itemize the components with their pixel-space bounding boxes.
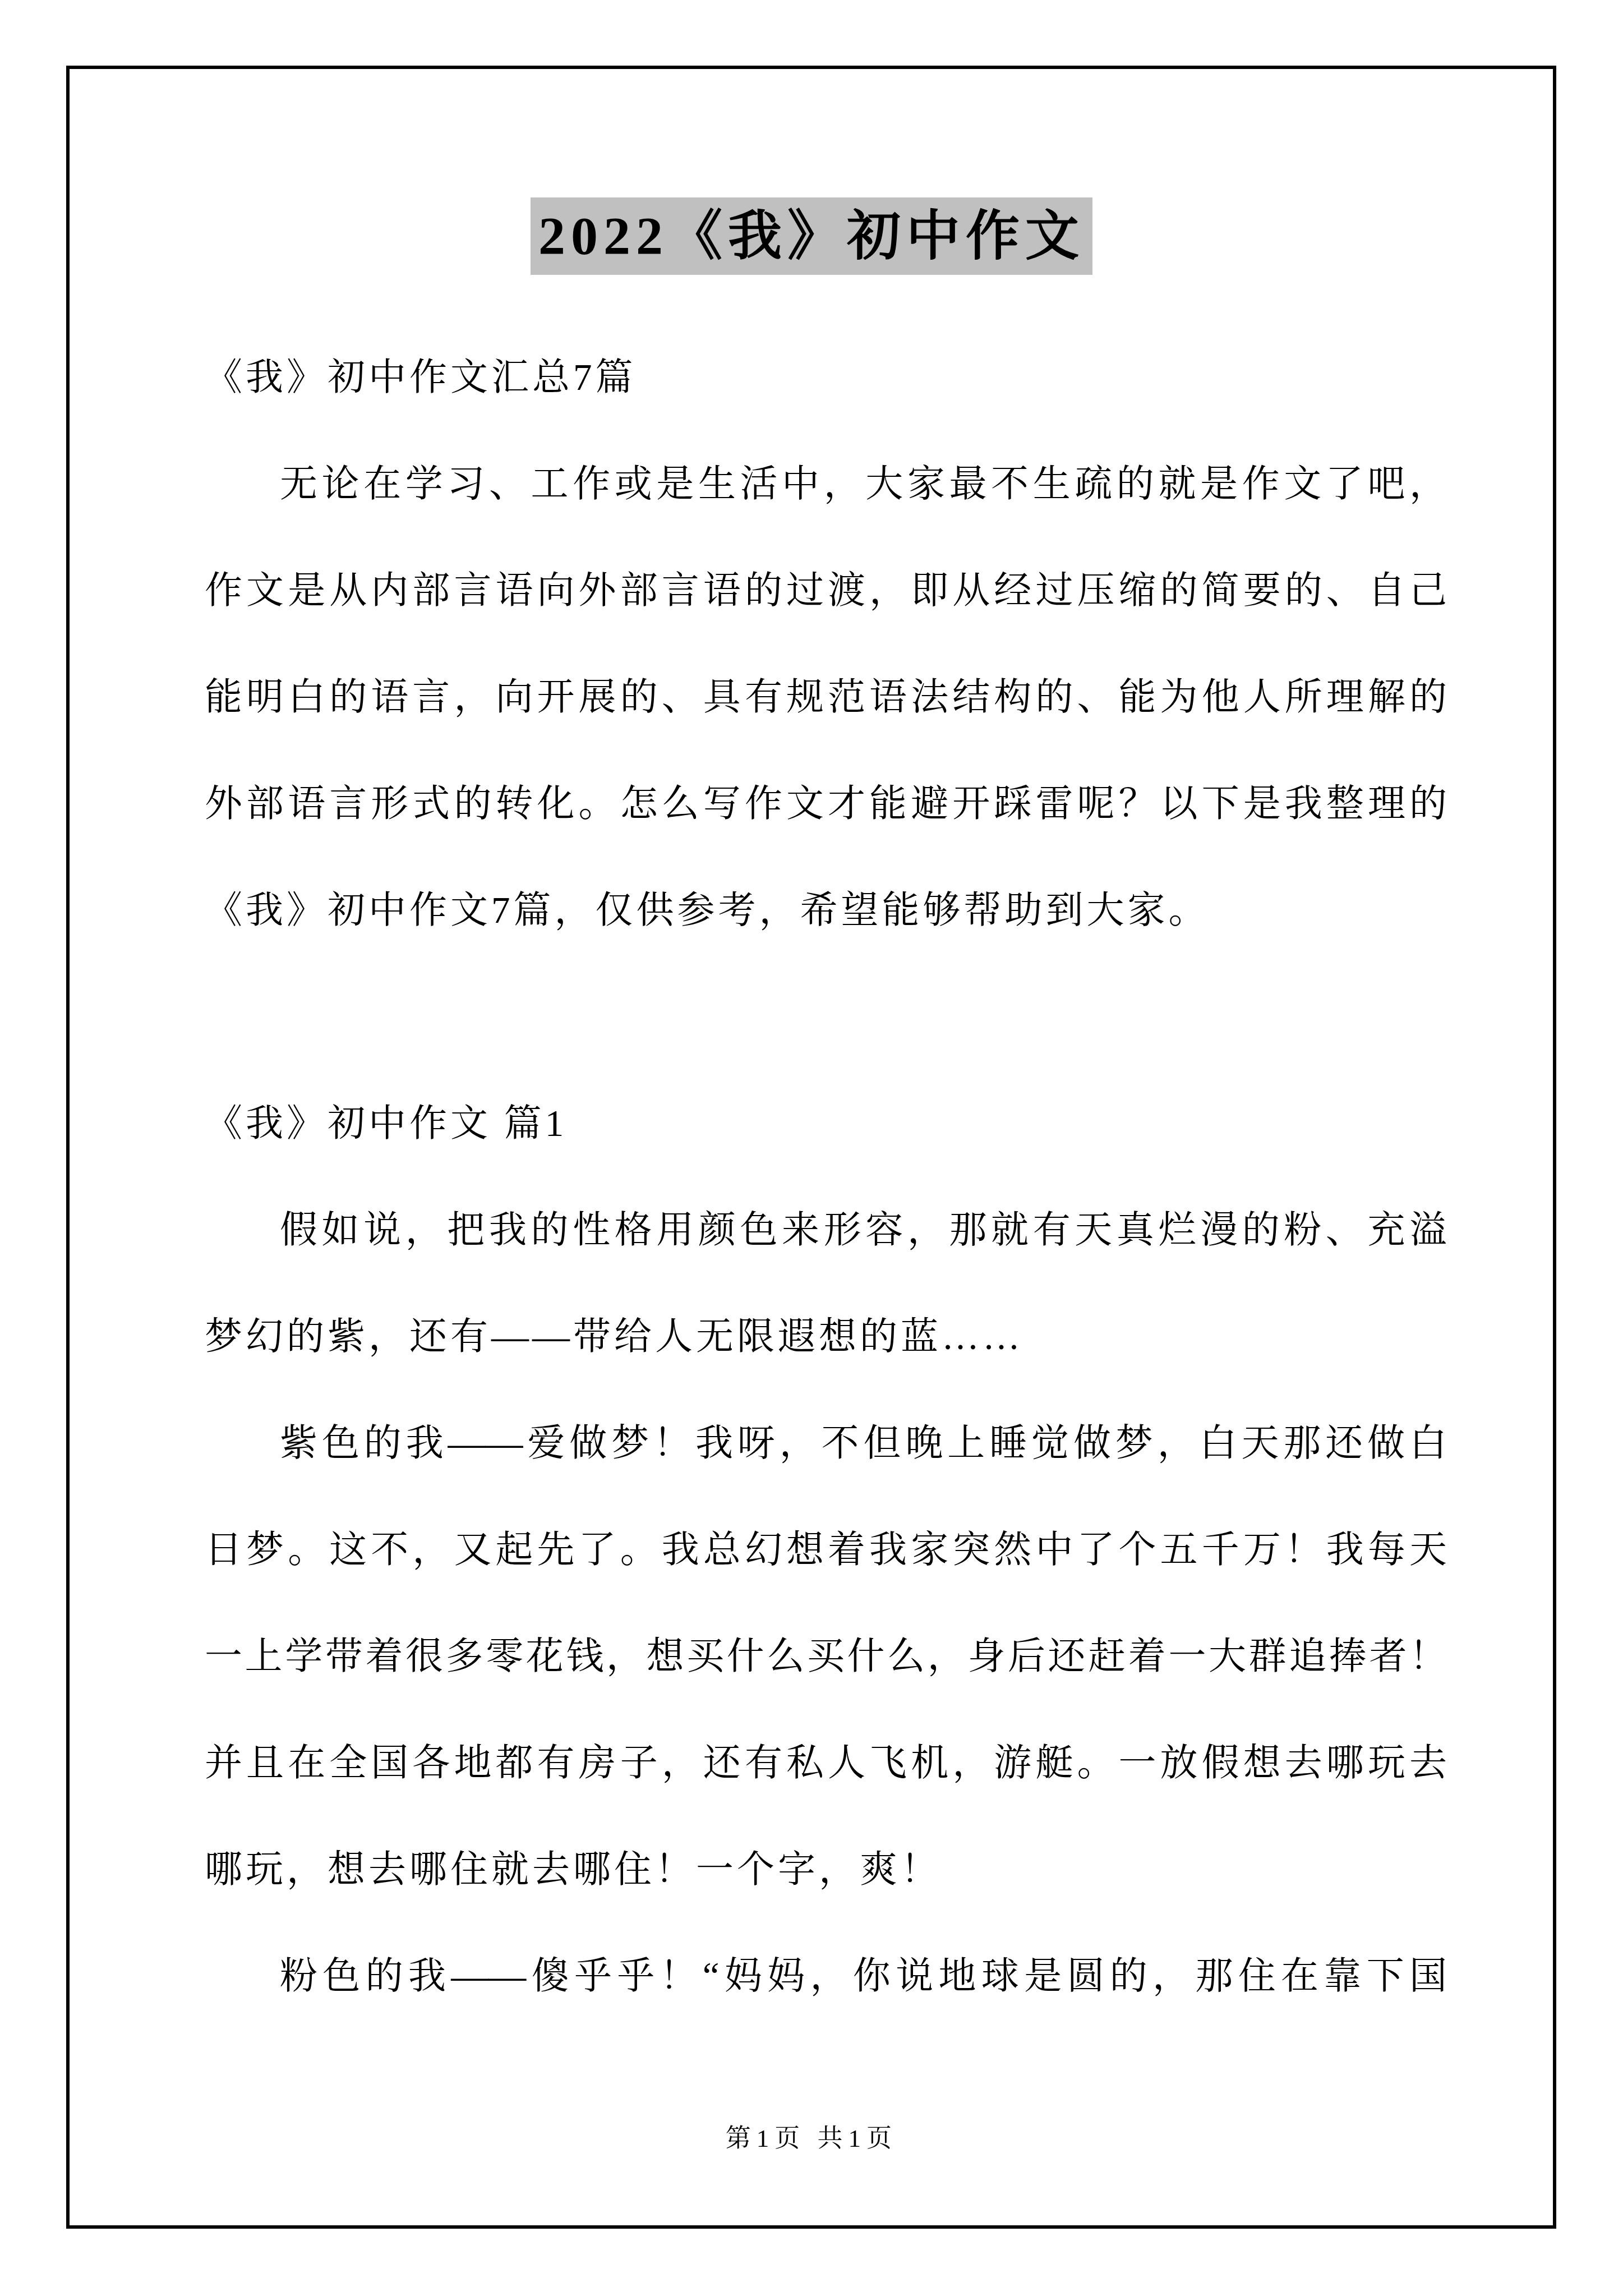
title-row: 2022《我》初中作文 <box>0 197 1623 275</box>
text-line: 无论在学习、工作或是生活中，大家最不生疏的就是作文了吧， <box>205 431 1447 537</box>
text-line: 并且在全国各地都有房子，还有私人飞机，游艇。一放假想去哪玩去 <box>205 1710 1447 1816</box>
section-heading: 《我》初中作文 篇1 <box>205 1070 1447 1177</box>
text-line: 日梦。这不，又起先了。我总幻想着我家突然中了个五千万！我每天 <box>205 1497 1447 1603</box>
text-line: 作文是从内部言语向外部言语的过渡，即从经过压缩的简要的、自己 <box>205 537 1447 644</box>
text-line: 梦幻的紫，还有——带给人无限遐想的蓝…… <box>205 1283 1447 1390</box>
text-line: 紫色的我——爱做梦！我呀，不但晚上睡觉做梦，白天那还做白 <box>205 1390 1447 1497</box>
body-text: 《我》初中作文汇总7篇 无论在学习、工作或是生活中，大家最不生疏的就是作文了吧，… <box>205 324 1447 2030</box>
text-line: 粉色的我——傻乎乎！“妈妈，你说地球是圆的，那住在靠下国 <box>205 1923 1447 2030</box>
text-line: 一上学带着很多零花钱，想买什么买什么，身后还赶着一大群追捧者！ <box>205 1603 1447 1710</box>
text-line: 能明白的语言，向开展的、具有规范语法结构的、能为他人所理解的 <box>205 644 1447 751</box>
document-title: 2022《我》初中作文 <box>531 197 1092 275</box>
text-line: 假如说，把我的性格用颜色来形容，那就有天真烂漫的粉、充溢 <box>205 1177 1447 1283</box>
text-line: 哪玩，想去哪住就去哪住！一个字，爽！ <box>205 1816 1447 1923</box>
text-line: 《我》初中作文7篇，仅供参考，希望能够帮助到大家。 <box>205 857 1447 964</box>
page-footer: 第1页 共1页 <box>0 2118 1623 2154</box>
text-line: 《我》初中作文汇总7篇 <box>205 324 1447 431</box>
document-page: 2022《我》初中作文 《我》初中作文汇总7篇 无论在学习、工作或是生活中，大家… <box>0 0 1623 2296</box>
text-line: 外部语言形式的转化。怎么写作文才能避开踩雷呢？以下是我整理的 <box>205 751 1447 857</box>
